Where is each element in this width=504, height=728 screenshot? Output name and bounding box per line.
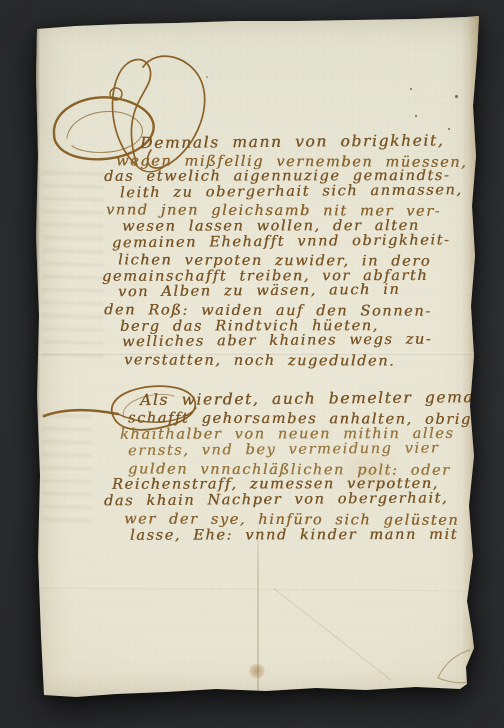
manuscript-line: Als wierdet, auch bemelter gemain-	[36, 389, 480, 410]
manuscript-line: gemainen Ehehafft vnnd obrigkheit-	[36, 232, 480, 252]
fold-crease-diagonal	[273, 588, 392, 681]
ink-speck	[455, 95, 458, 98]
manuscript-photo-background: { "photo": { "backdrop_color": "#28292b"…	[0, 0, 504, 728]
ink-stain	[248, 664, 266, 678]
manuscript-page-wrap: Demnals mann von obrigkheit, wegen mißfe…	[36, 16, 480, 698]
manuscript-line: ernsts, vnd bey vermeidung vier	[36, 440, 480, 461]
text-block-1: Demnals mann von obrigkheit, wegen mißfe…	[36, 136, 480, 368]
manuscript-line: Demnals mann von obrigkheit,	[36, 132, 480, 152]
manuscript-line: verstatten, noch zugedulden.	[36, 352, 480, 371]
text-block-2: Als wierdet, auch bemelter gemain- schaf…	[36, 393, 480, 545]
manuscript-line: lasse, Ehe: vnnd kinder mann mit	[36, 527, 480, 545]
ink-speck	[410, 88, 412, 90]
manuscript-line: welliches aber khaines wegs zu-	[36, 331, 480, 351]
ink-speck	[415, 115, 417, 117]
manuscript-line: leith zu obergerhait sich anmassen,	[36, 182, 480, 202]
manuscript-line: von Alben zu wäsen, auch in	[36, 281, 480, 301]
ink-speck	[448, 128, 450, 130]
corner-fold-crease	[428, 644, 476, 694]
manuscript-page: Demnals mann von obrigkheit, wegen mißfe…	[36, 16, 480, 698]
fold-crease-horizontal	[36, 585, 480, 591]
manuscript-line: das khain Nachper von obergerhait,	[36, 490, 480, 511]
